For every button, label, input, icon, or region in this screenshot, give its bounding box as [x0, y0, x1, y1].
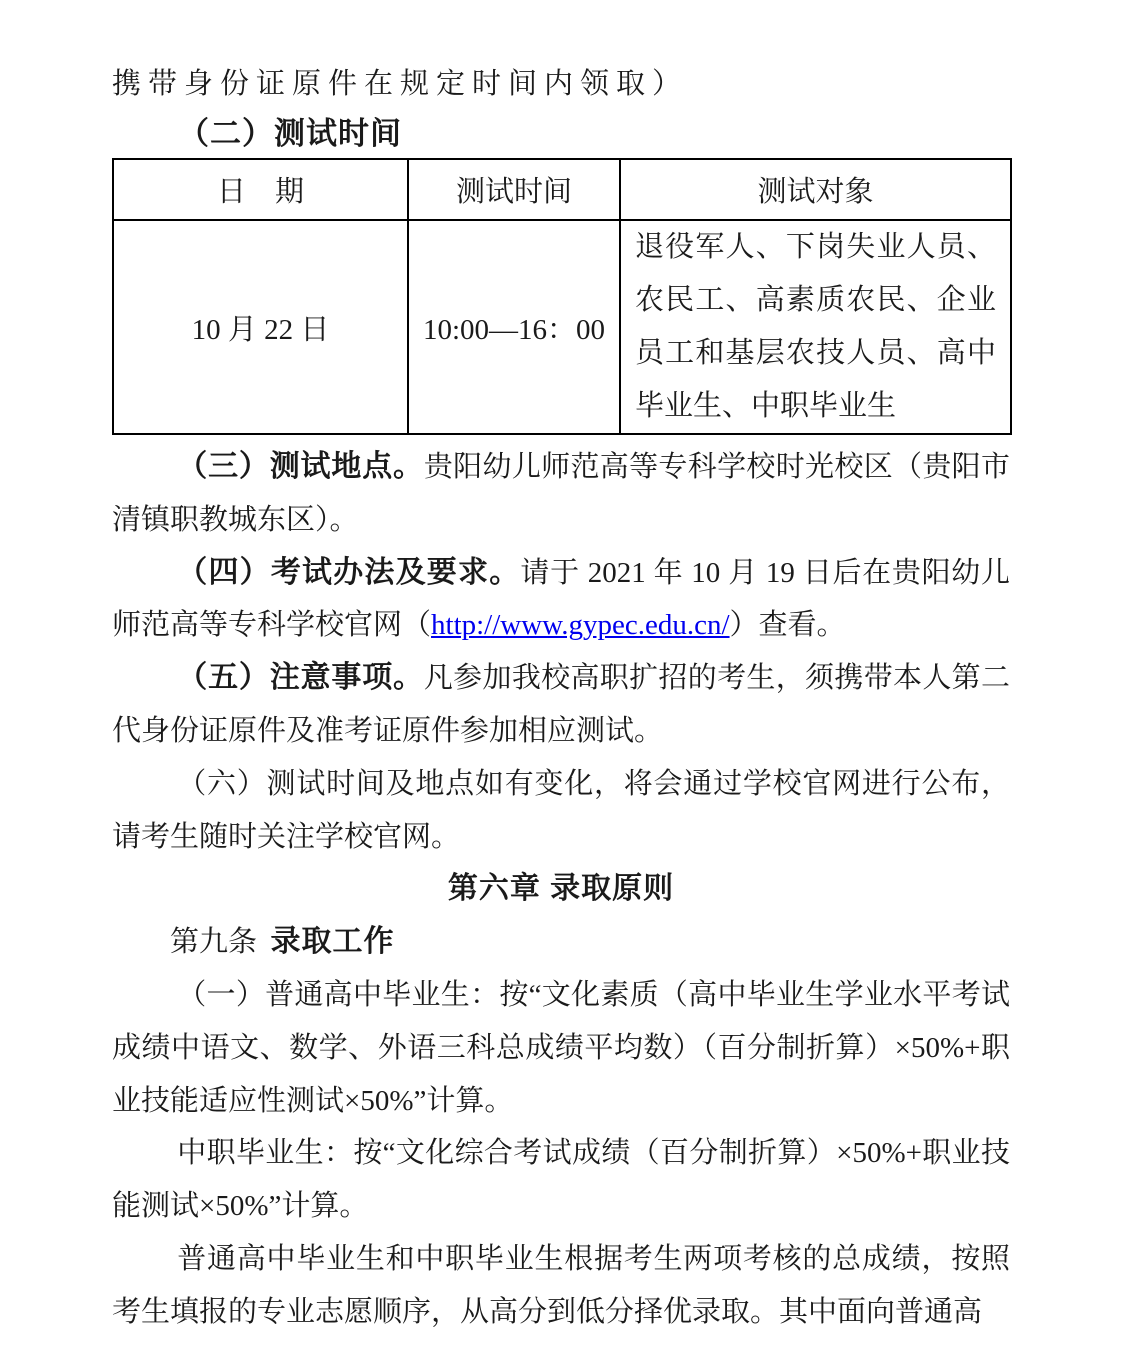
target-line: 员工和基层农技人员、高中	[635, 327, 996, 380]
section-5-paragraph: （五）注意事项。凡参加我校高职扩招的考生，须携带本人第二代身份证原件及准考证原件…	[112, 652, 1010, 758]
section-3-paragraph: （三）测试地点。贵阳幼儿师范高等专科学校时光校区（贵阳市清镇职教城东区）。	[112, 441, 1010, 547]
table-cell-date: 10 月 22 日	[113, 220, 408, 434]
chapter-6-heading: 第六章 录取原则	[112, 863, 1010, 916]
section-5-head: （五）注意事项。	[177, 661, 424, 694]
senior-graduate-rule-paragraph: （一）普通高中毕业生：按“文化素质（高中毕业生学业水平考试成绩中语文、数学、外语…	[112, 969, 1010, 1127]
document-content: 携带身份证原件在规定时间内领取） （二）测试时间 日 期 测试时间 测试对象 1…	[112, 0, 1010, 1339]
target-line: 退役军人、下岗失业人员、	[635, 221, 996, 274]
table-cell-time: 10:00—16：00	[408, 220, 620, 434]
article-9-number: 第九条	[170, 926, 257, 958]
target-line: 毕业生、中职毕业生	[635, 380, 996, 433]
table-header-time: 测试时间	[408, 159, 620, 220]
section-2-heading: （二）测试时间	[112, 110, 1010, 158]
table-cell-target: 退役军人、下岗失业人员、 农民工、高素质农民、企业 员工和基层农技人员、高中 毕…	[620, 220, 1011, 434]
paragraph-continuation-line: 携带身份证原件在规定时间内领取）	[112, 58, 1010, 110]
target-line: 农民工、高素质农民、企业	[635, 274, 996, 327]
section-6-paragraph: （六）测试时间及地点如有变化，将会通过学校官网进行公布，请考生随时关注学校官网。	[112, 758, 1010, 864]
article-9-line: 第九条录取工作	[112, 916, 1010, 969]
admission-order-paragraph: 普通高中毕业生和中职毕业生根据考生两项考核的总成绩，按照考生填报的专业志愿顺序，…	[112, 1233, 1010, 1339]
section-4-head: （四）考试办法及要求。	[177, 556, 520, 589]
section-4-paragraph: （四）考试办法及要求。请于 2021 年 10 月 19 日后在贵阳幼儿师范高等…	[112, 547, 1010, 653]
table-header-row: 日 期 测试时间 测试对象	[113, 159, 1011, 220]
table-header-date: 日 期	[113, 159, 408, 220]
test-schedule-table: 日 期 测试时间 测试对象 10 月 22 日 10:00—16：00 退役军人…	[112, 158, 1012, 435]
document-page: 携带身份证原件在规定时间内领取） （二）测试时间 日 期 测试时间 测试对象 1…	[0, 0, 1125, 1366]
section-3-head: （三）测试地点。	[177, 450, 424, 483]
table-row: 10 月 22 日 10:00—16：00 退役军人、下岗失业人员、 农民工、高…	[113, 220, 1011, 434]
vocational-graduate-rule-paragraph: 中职毕业生：按“文化综合考试成绩（百分制折算）×50%+职业技能测试×50%”计…	[112, 1127, 1010, 1233]
article-9-title: 录取工作	[271, 925, 395, 958]
table-header-target: 测试对象	[620, 159, 1011, 220]
school-website-link[interactable]: http://www.gypec.edu.cn/	[431, 609, 730, 641]
section-4-body-after-link: ）查看。	[730, 609, 846, 641]
